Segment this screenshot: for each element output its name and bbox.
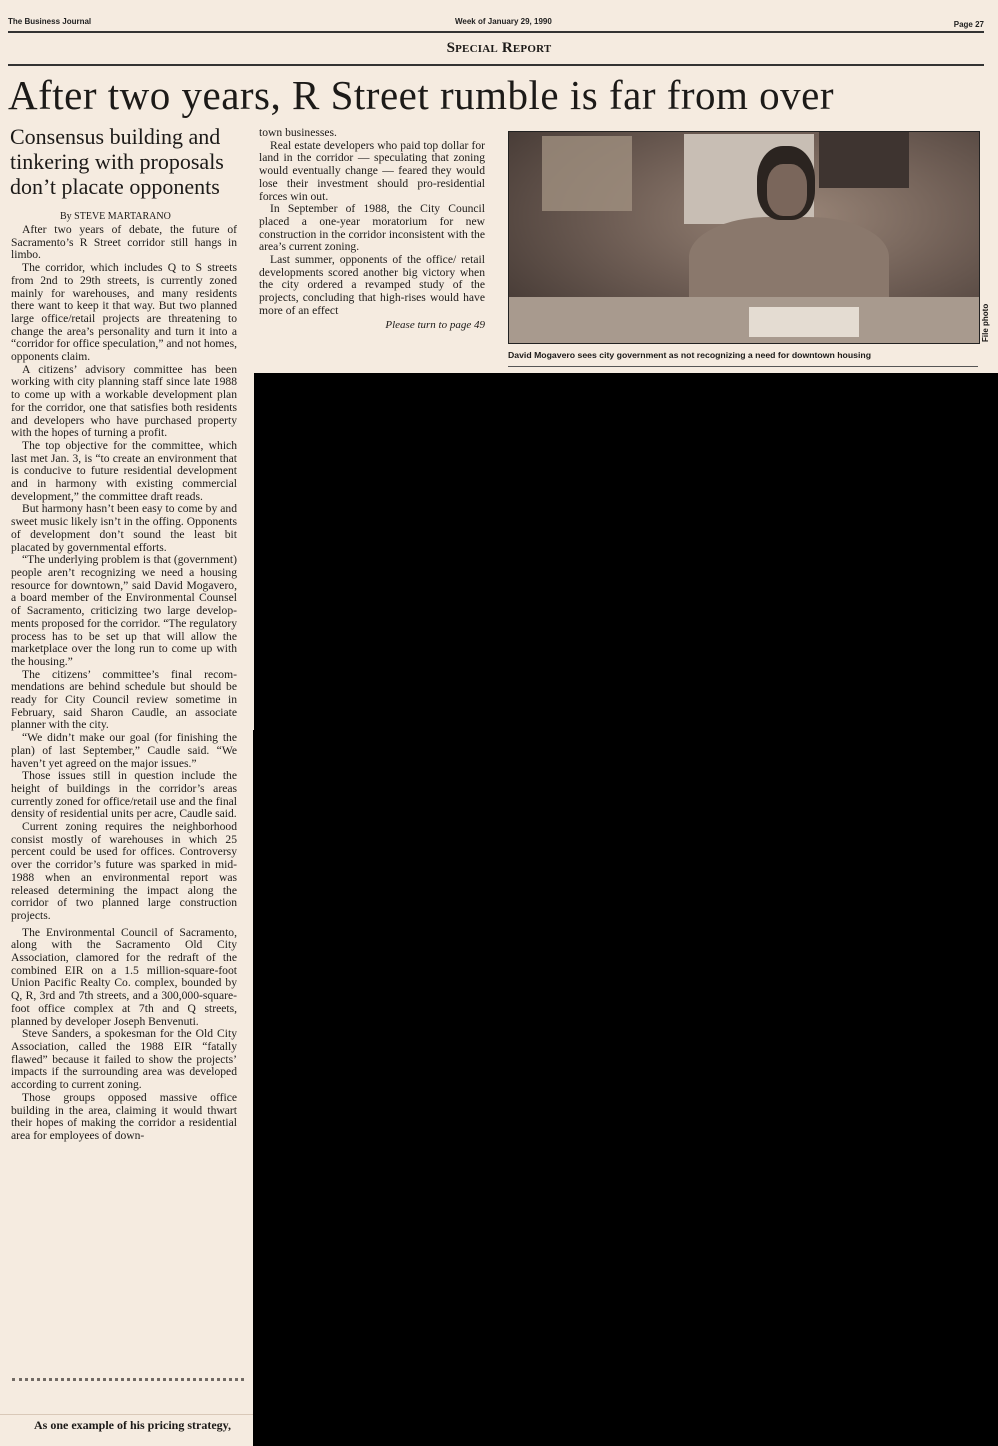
paragraph: “The underlying problem is that (gov­ern…: [11, 554, 237, 668]
paragraph: Steve Sanders, a spokesman for the Old C…: [11, 1028, 237, 1092]
tail-rule: [0, 1414, 253, 1415]
paragraph: But harmony hasn’t been easy to come by …: [11, 503, 237, 554]
photo-dark-panel: [819, 132, 909, 188]
photo-notepad: [749, 307, 859, 337]
separator-dots: [12, 1378, 244, 1391]
article-column-1: After two years of debate, the future of…: [11, 224, 237, 1143]
paragraph: A citizens’ advisory committee has been …: [11, 364, 237, 440]
byline: By STEVE MARTARANO: [60, 211, 171, 222]
photo-desk: [509, 297, 979, 343]
article-column-2: town businesses. Real estate developers …: [259, 127, 485, 331]
photo-wall-drawing: [542, 136, 632, 211]
page-number: Page 27: [954, 20, 984, 29]
caption-rule: [508, 366, 978, 367]
masthead: The Business Journal Week of January 29,…: [8, 12, 984, 30]
paragraph: Those groups opposed massive office buil…: [11, 1092, 237, 1143]
photo-credit: File photo: [981, 280, 991, 342]
next-article-snippet: As one example of his pricing strategy,: [34, 1418, 231, 1433]
paragraph: Those issues still in question include t…: [11, 770, 237, 821]
deck-subheadline: Consensus building and tinkering with pr…: [10, 124, 242, 199]
photo-person-face: [767, 164, 807, 216]
masthead-rule: [8, 31, 984, 33]
paragraph: The citizens’ committee’s final recom­me…: [11, 669, 237, 733]
issue-date: Week of January 29, 1990: [455, 17, 552, 26]
section-label: Special Report: [0, 40, 998, 57]
redacted-area-lower: [253, 730, 998, 1446]
headline: After two years, R Street rumble is far …: [8, 71, 978, 119]
paragraph: The Environmental Council of Sacra­mento…: [11, 927, 237, 1029]
redacted-area-upper: [254, 373, 998, 733]
jump-line-link[interactable]: Please turn to page 49: [259, 319, 485, 332]
paragraph: After two years of debate, the future of…: [11, 224, 237, 262]
paragraph: The corridor, which includes Q to S stre…: [11, 262, 237, 364]
publication-name: The Business Journal: [8, 17, 91, 26]
paragraph: The top objective for the committee, whi…: [11, 440, 237, 504]
paragraph: Last summer, opponents of the office/ re…: [259, 254, 485, 318]
paragraph: Current zoning requires the neighbor­hoo…: [11, 821, 237, 923]
section-rule: [8, 64, 984, 66]
paragraph: “We didn’t make our goal (for finish­ing…: [11, 732, 237, 770]
photo-caption: David Mogavero sees city government as n…: [508, 350, 871, 360]
paragraph: Real estate developers who paid top doll…: [259, 140, 485, 204]
paragraph: town businesses.: [259, 127, 485, 140]
photo-david-mogavero: [508, 131, 980, 344]
paragraph: In September of 1988, the City Council p…: [259, 203, 485, 254]
